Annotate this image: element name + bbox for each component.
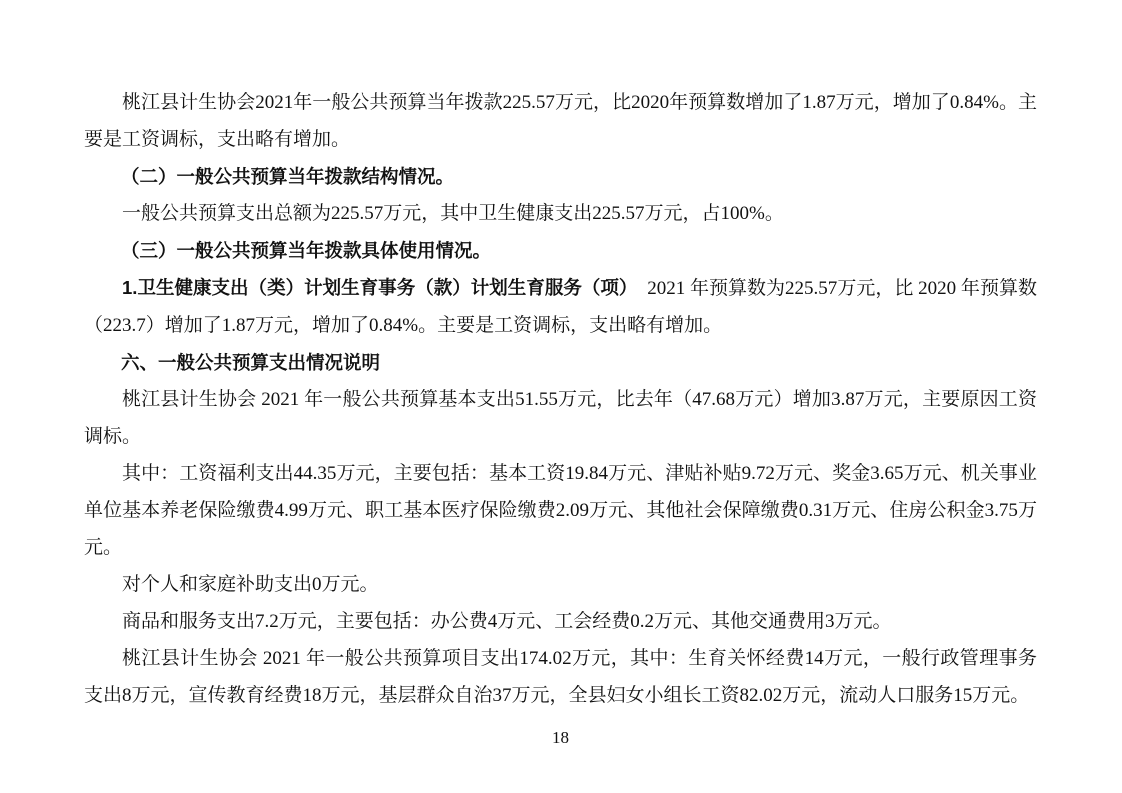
- body-paragraph-basic-expenditure: 桃江县计生协会 2021 年一般公共预算基本支出51.55万元，比去年（47.6…: [84, 381, 1037, 455]
- body-paragraph-salary-welfare: 其中：工资福利支出44.35万元，主要包括：基本工资19.84万元、津贴补贴9.…: [84, 455, 1037, 566]
- document-body: 桃江县计生协会2021年一般公共预算当年拨款225.57万元，比2020年预算数…: [84, 84, 1037, 714]
- body-paragraph-project-expenditure: 桃江县计生协会 2021 年一般公共预算项目支出174.02万元，其中：生育关怀…: [84, 640, 1037, 714]
- section-heading-expenditure: 六、一般公共预算支出情况说明: [84, 344, 1037, 381]
- health-item-lead: 1.卫生健康支出（类）计划生育事务（款）计划生育服务（项）: [122, 277, 628, 298]
- section-heading-specific-use: （三）一般公共预算当年拨款具体使用情况。: [84, 232, 1037, 269]
- body-paragraph-structure-detail: 一般公共预算支出总额为225.57万元，其中卫生健康支出225.57万元，占10…: [84, 195, 1037, 232]
- document-page: 桃江县计生协会2021年一般公共预算当年拨款225.57万元，比2020年预算数…: [0, 0, 1122, 793]
- page-number: 18: [84, 728, 1037, 748]
- body-paragraph-health-item: 1.卫生健康支出（类）计划生育事务（款）计划生育服务（项） 2021 年预算数为…: [84, 269, 1037, 344]
- body-paragraph-family-subsidy: 对个人和家庭补助支出0万元。: [84, 566, 1037, 603]
- body-paragraph-goods-services: 商品和服务支出7.2万元，主要包括：办公费4万元、工会经费0.2万元、其他交通费…: [84, 603, 1037, 640]
- body-paragraph-appropriation-total: 桃江县计生协会2021年一般公共预算当年拨款225.57万元，比2020年预算数…: [84, 84, 1037, 158]
- section-heading-structure: （二）一般公共预算当年拨款结构情况。: [84, 158, 1037, 195]
